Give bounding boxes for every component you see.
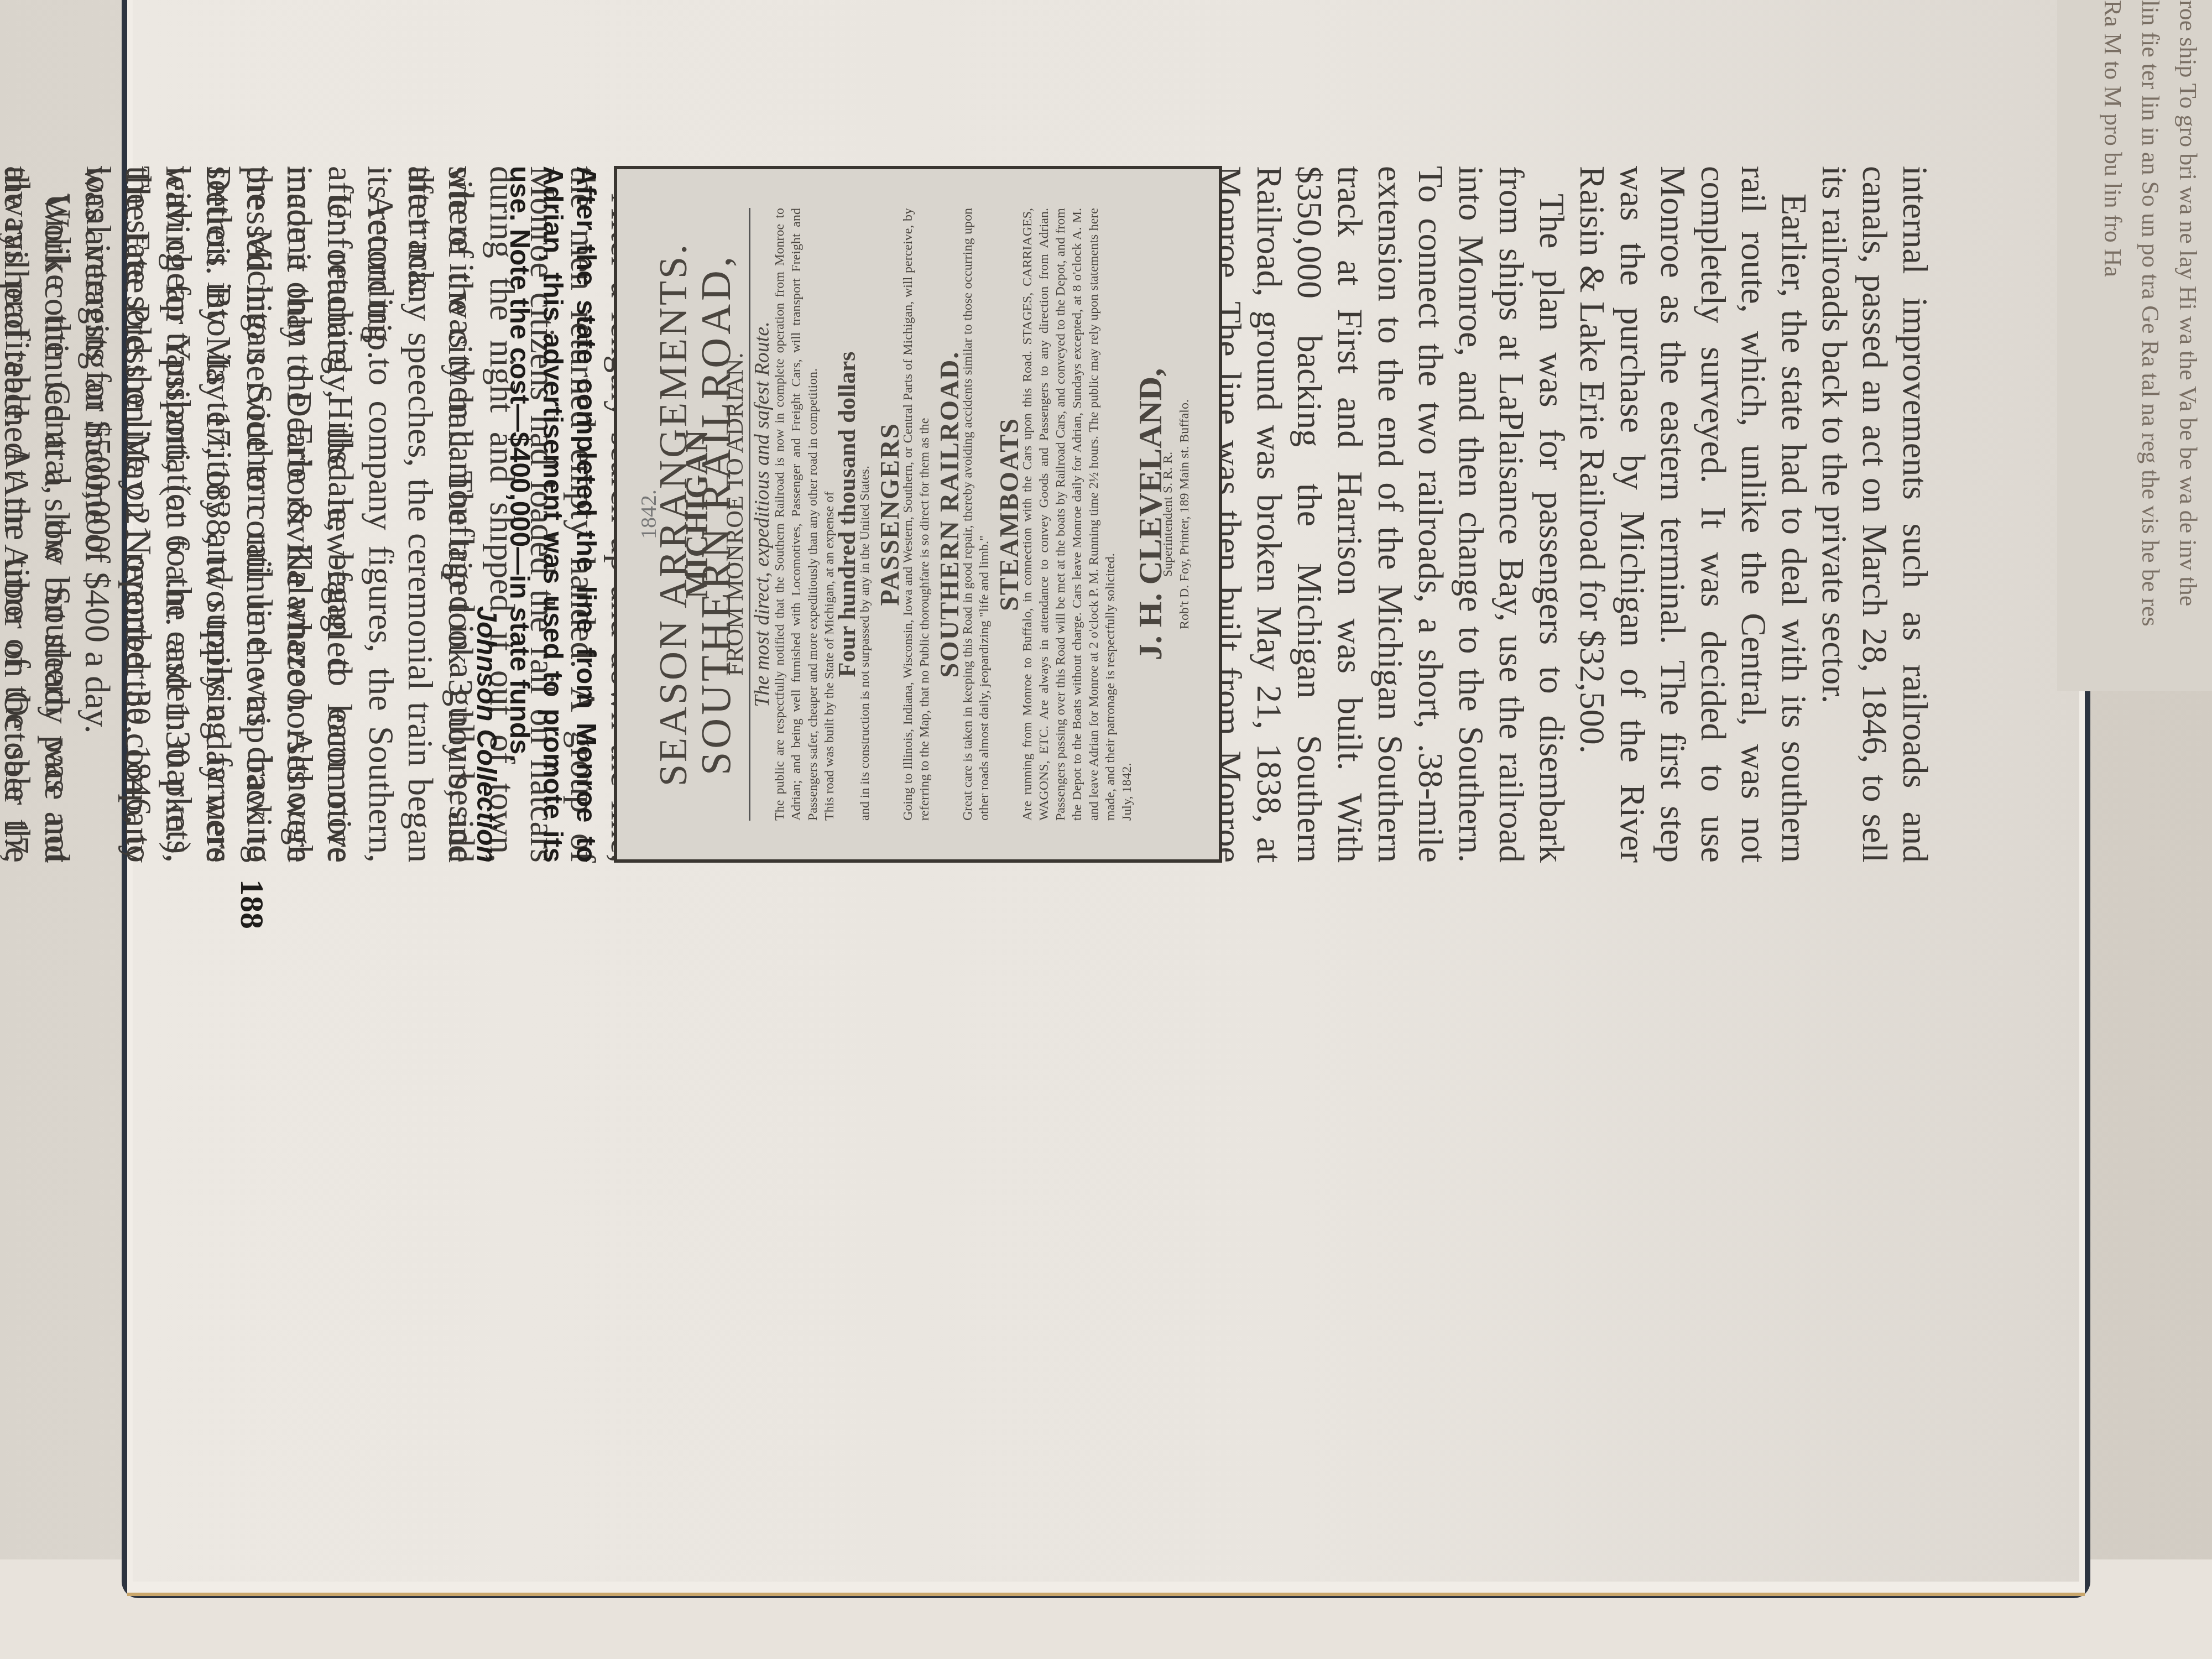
ad-intro: The public are respectfully notified tha…	[771, 208, 821, 821]
ad-passengers-heading: PASSENGERS	[881, 208, 900, 821]
caption-credit: Johnson Collection	[470, 606, 503, 863]
page-content: internal improvements such as railroads …	[194, 166, 1936, 1465]
paragraph: internal improvements such as railroads …	[1814, 166, 1936, 863]
ad-signature-title: Superintendent S. R. R.	[1160, 208, 1176, 821]
paragraph: Work continued at a slow but steady pace…	[0, 166, 77, 863]
ad-steamboats-text: Are running from Monroe to Buffalo, in c…	[1019, 208, 1119, 821]
ad-signature: J. H. CLEVELAND,	[1141, 208, 1160, 821]
ad-tagline: The most direct, expeditious and safest …	[749, 208, 771, 821]
ad-care-note: Great care is taken in keeping this Road…	[959, 208, 993, 821]
ad-cost-headline: Four hundred thousand dollars	[838, 208, 857, 821]
ad-title: SEASON ARRANGEMENTS.	[664, 208, 682, 821]
ad-passengers-text: Going to Illinois, Indiana, Wisconsin, I…	[900, 208, 933, 821]
paragraph: Unfortunately, the new-fangled locomotiv…	[77, 166, 360, 863]
ad-steamboats-heading: STEAMBOATS	[1000, 208, 1019, 821]
paragraph: site of the city hall. The trip took 3 h…	[360, 166, 481, 863]
paragraph: Earlier, the state had to deal with its …	[1572, 166, 1814, 863]
text-column-2: 1842. SEASON ARRANGEMENTS. MICHIGAN SOUT…	[0, 166, 1222, 863]
advertisement-image: 1842. SEASON ARRANGEMENTS. MICHIGAN SOUT…	[614, 166, 1222, 863]
ad-southern-railroad-2: SOUTHERN RAILROAD.	[941, 208, 959, 821]
facing-page-text: roe ship To gro bri wa ne lay Hi wa the …	[2068, 0, 2206, 636]
figure-caption: After the state completed the line from …	[503, 166, 603, 863]
ad-cost-note: and in its construction is not surpassed…	[857, 208, 873, 821]
page-number: 188	[233, 879, 271, 929]
ad-printer: Rob't D. Foy, Printer, 189 Main st. Buff…	[1176, 208, 1193, 821]
caption-text: After the state completed the line from …	[504, 166, 602, 863]
